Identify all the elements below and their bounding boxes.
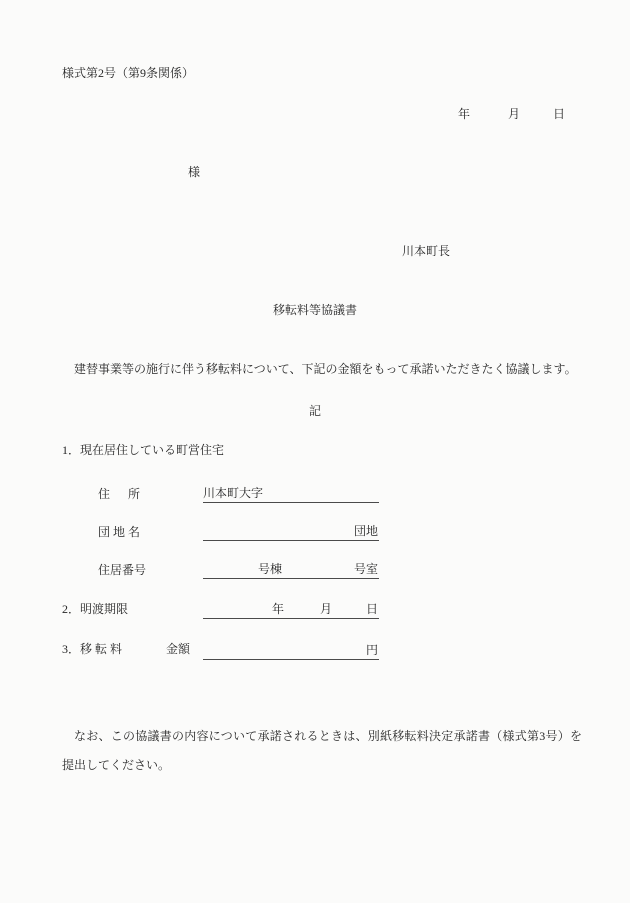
complex-name-label: 団 地 名 (98, 523, 140, 540)
address-label: 住 所 (98, 485, 143, 502)
amount-label: 金額 (166, 640, 190, 657)
document-title: 移転料等協議書 (0, 301, 630, 318)
deadline-day-label: 日 (366, 600, 378, 617)
footer-note: なお、この協議書の内容について承諾されるときは、別紙移転料決定承諾書（様式第3号… (62, 722, 582, 780)
building-suffix: 号棟 (258, 560, 282, 577)
unit-number-field-line: 号棟 号室 (203, 559, 379, 579)
address-field-line: 川本町大字 (203, 483, 379, 503)
addressee-suffix: 様 (188, 163, 200, 180)
unit-number-label: 住居番号 (98, 561, 146, 578)
deadline-year-label: 年 (272, 600, 284, 617)
date-year-label: 年 (458, 105, 470, 122)
room-suffix: 号室 (354, 560, 378, 577)
complex-suffix: 団地 (354, 522, 378, 539)
item3-heading: 3．移 転 料 (62, 640, 122, 657)
ki-marker: 記 (0, 402, 630, 419)
complex-name-field-line: 団地 (203, 521, 379, 541)
amount-field-line: 円 (203, 638, 379, 660)
item1-heading: 1．現在居住している町営住宅 (62, 441, 224, 458)
address-value: 川本町大字 (203, 484, 263, 501)
currency-suffix: 円 (366, 641, 378, 658)
deadline-field-line: 年 月 日 (203, 598, 379, 619)
deadline-month-label: 月 (320, 600, 332, 617)
sender-name: 川本町長 (402, 242, 450, 259)
item2-heading: 2．明渡期限 (62, 600, 128, 617)
date-month-label: 月 (508, 105, 520, 122)
form-number: 様式第2号（第9条関係） (62, 64, 194, 81)
date-day-label: 日 (553, 105, 565, 122)
document-page: 様式第2号（第9条関係） 年 月 日 様 川本町長 移転料等協議書 建替事業等の… (0, 0, 630, 903)
intro-paragraph: 建替事業等の施行に伴う移転料について、下記の金額をもって承諾いただきたく協議しま… (62, 355, 582, 384)
